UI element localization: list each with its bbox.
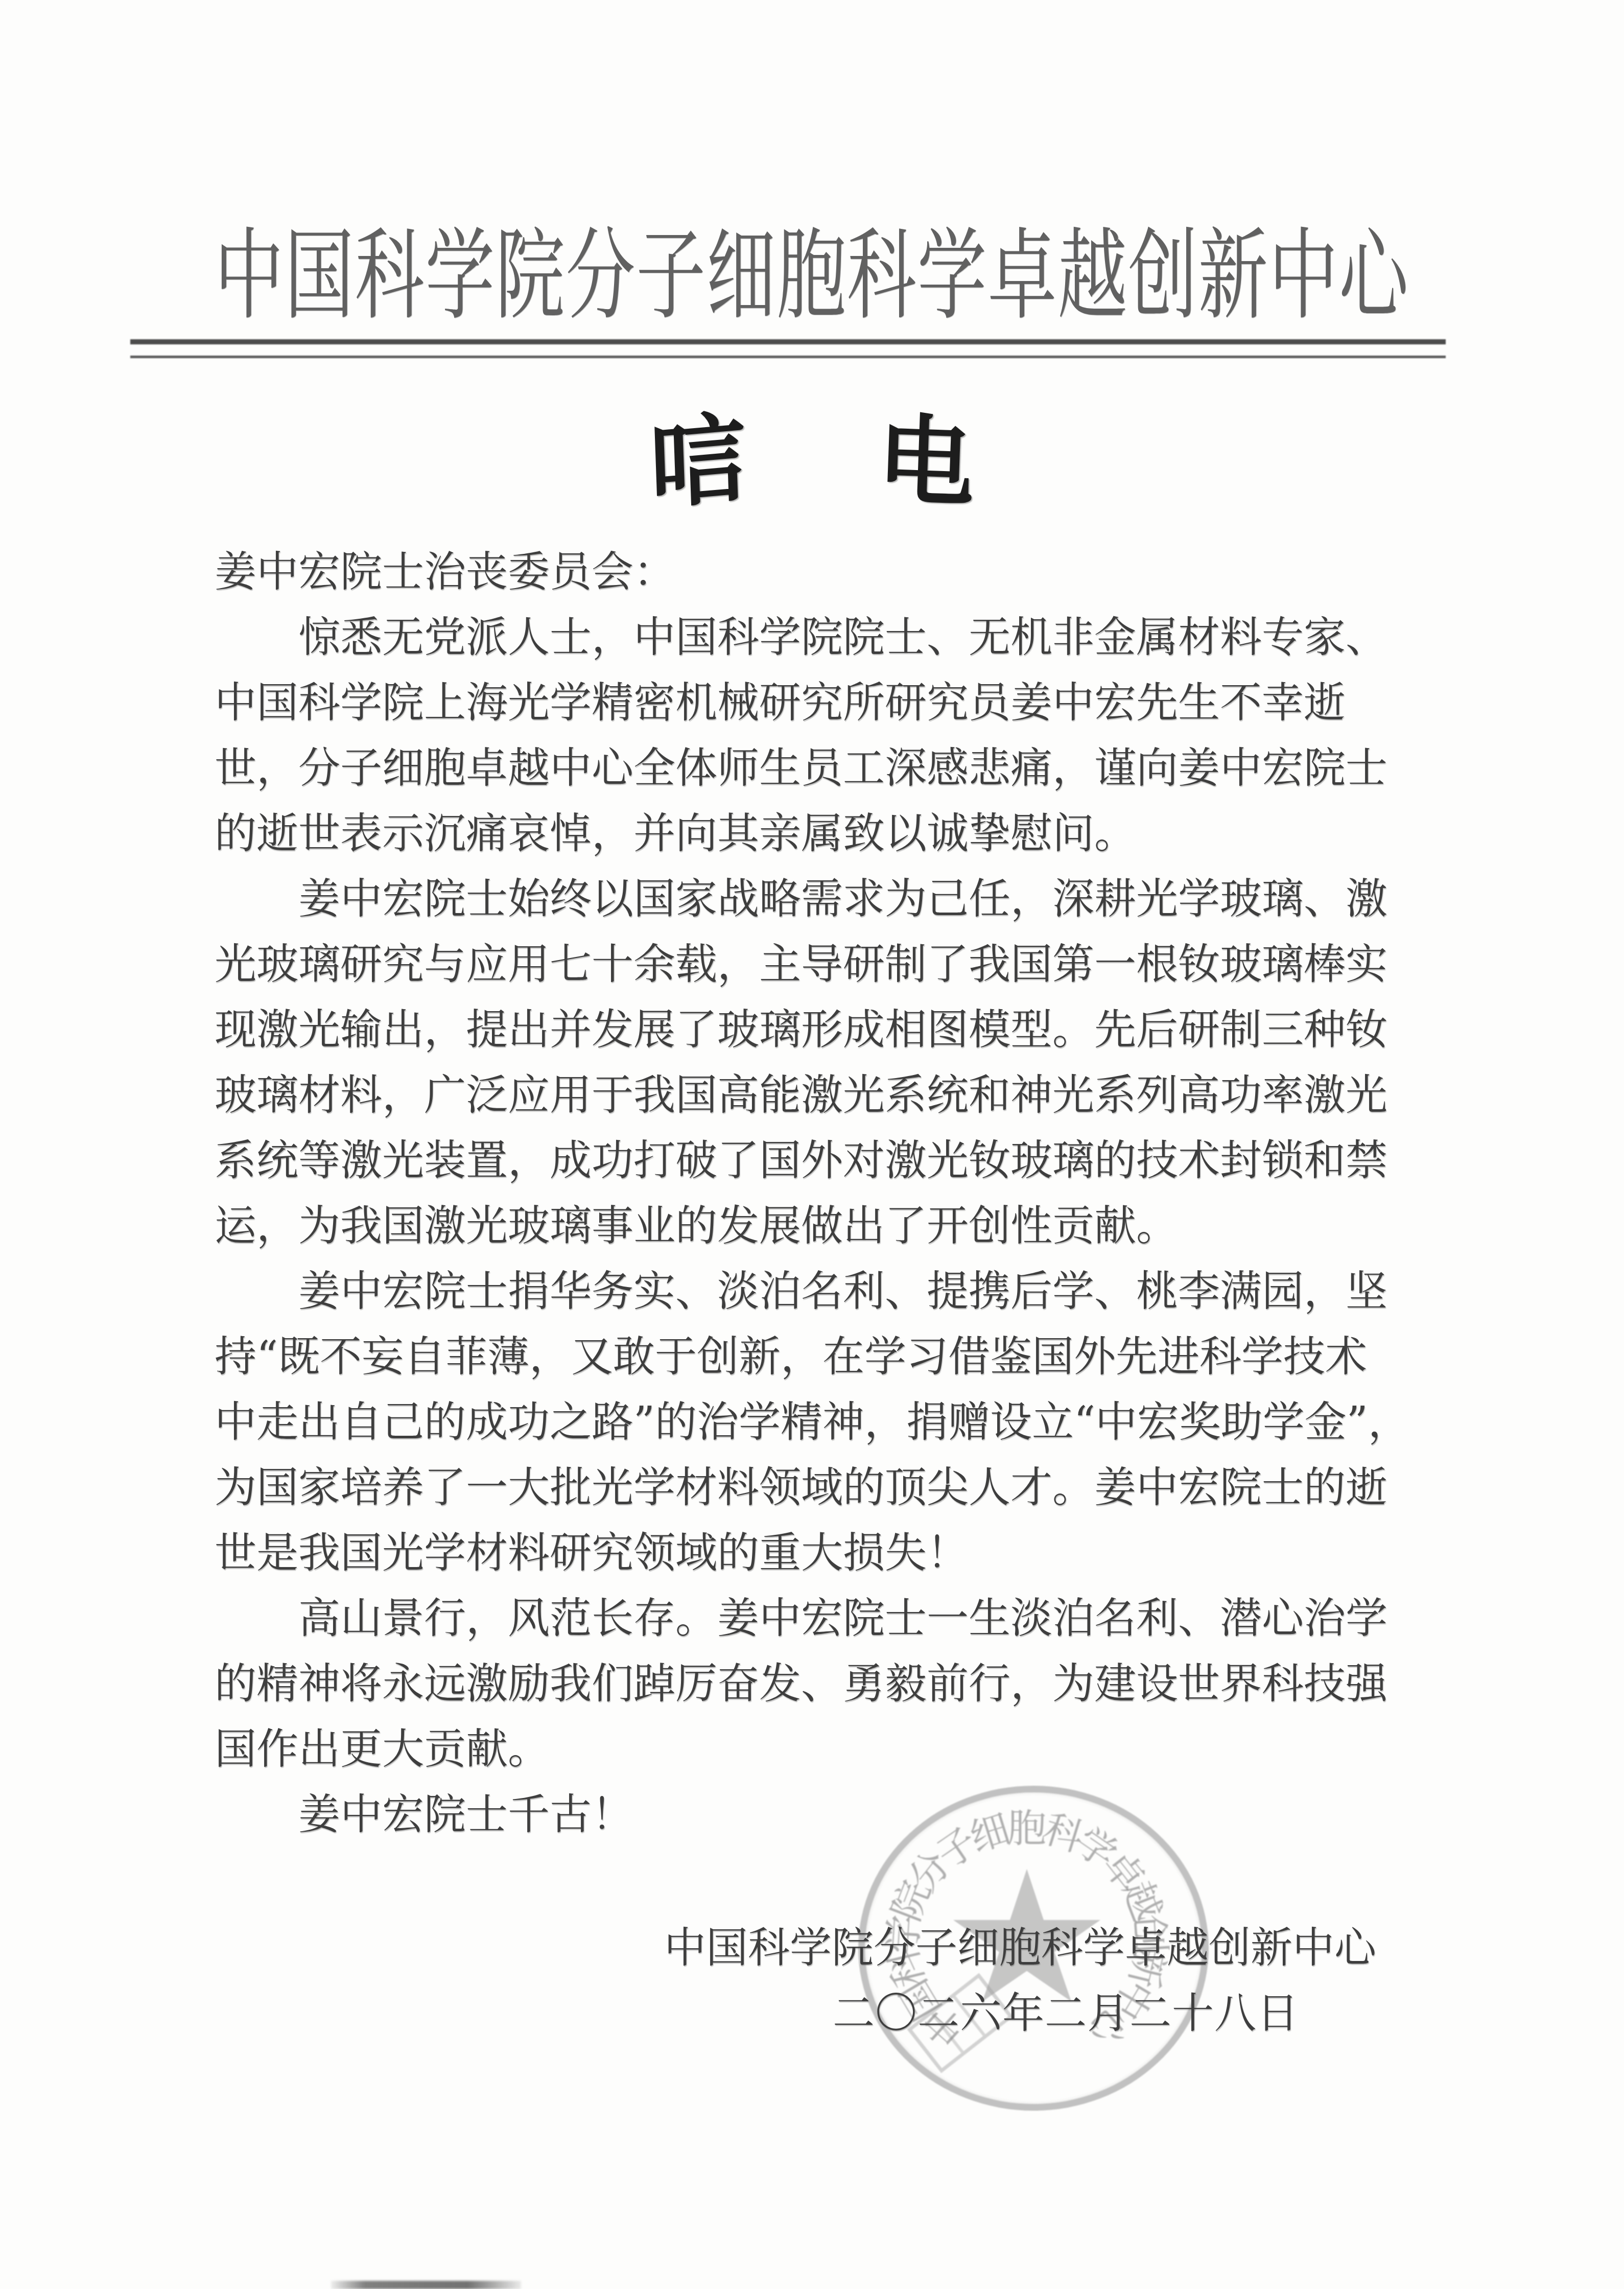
body-line: 系统等激光装置，成功打破了国外对激光钕玻璃的技术封锁和禁 (215, 1128, 1354, 1194)
letter-body: 姜中宏院士治丧委员会： 惊悉无党派人士，中国科学院院士、无机非金属材料专家、中国… (215, 540, 1354, 1848)
condolence-letter-page: 中国科学院分子细胞科学卓越创新中心 唁电 姜中宏院士治丧委员会： 惊悉无党派人士… (0, 0, 1624, 2289)
body-line: 运，为我国激光玻璃事业的发展做出了开创性贡献。 (215, 1194, 1354, 1259)
body-line: 持“既不妄自菲薄，又敢于创新，在学习借鉴国外先进科学技术 (215, 1324, 1354, 1390)
body-line: 高山景行，风范长存。姜中宏院士一生淡泊名利、潜心治学 (215, 1586, 1354, 1651)
body-line: 的精神将永远激励我们踔厉奋发、勇毅前行，为建设世界科技强 (215, 1651, 1354, 1717)
body-line: 现激光输出，提出并发展了玻璃形成相图模型。先后研制三种钕 (215, 997, 1354, 1063)
letterhead-divider-thin (130, 356, 1446, 358)
document-title-char: 电 (875, 383, 977, 525)
body-line: 玻璃材料，广泛应用于我国高能激光系统和神光系列高功率激光 (215, 1063, 1354, 1128)
body-line: 光玻璃研究与应用七十余载，主导研制了我国第一根钕玻璃棒实 (215, 932, 1354, 997)
body-line: 世，分子细胞卓越中心全体师生员工深感悲痛，谨向姜中宏院士 (215, 736, 1354, 801)
body-line: 姜中宏院士始终以国家战略需求为己任，深耕光学玻璃、激 (215, 867, 1354, 932)
body-line: 世是我国光学材料研究领域的重大损失！ (215, 1521, 1354, 1586)
body-line: 姜中宏院士捐华务实、淡泊名利、提携后学、桃李满园，坚 (215, 1259, 1354, 1324)
body-line: 中走出自己的成功之路”的治学精神，捐赠设立“中宏奖助学金”， (215, 1390, 1354, 1455)
body-line: 的逝世表示沉痛哀悼，并向其亲属致以诚挚慰问。 (215, 801, 1354, 867)
letter-paragraphs: 惊悉无党派人士，中国科学院院士、无机非金属材料专家、中国科学院上海光学精密机械研… (215, 605, 1354, 1782)
signature-org: 中国科学院分子细胞科学卓越创新中心 (664, 1916, 1376, 1981)
letterhead-divider-thick (130, 339, 1446, 344)
paragraph: 惊悉无党派人士，中国科学院院士、无机非金属材料专家、中国科学院上海光学精密机械研… (215, 605, 1354, 867)
body-line: 为国家培养了一大批光学材料领域的顶尖人才。姜中宏院士的逝 (215, 1455, 1354, 1521)
letterhead-text: 中国科学院分子细胞科学卓越创新中心 (215, 196, 1409, 338)
signature-date: 二〇二六年二月二十八日 (833, 1981, 1299, 2046)
document-title: 唁电 (0, 384, 1624, 524)
letterhead-title: 中国科学院分子细胞科学卓越创新中心 (0, 204, 1624, 330)
paragraph: 姜中宏院士始终以国家战略需求为己任，深耕光学玻璃、激光玻璃研究与应用七十余载，主… (215, 867, 1354, 1259)
salutation-line: 姜中宏院士治丧委员会： (215, 540, 1354, 605)
scan-artifact (331, 2281, 521, 2289)
document-title-char: 唁 (647, 380, 749, 528)
body-line: 惊悉无党派人士，中国科学院院士、无机非金属材料专家、 (215, 605, 1354, 670)
paragraph: 姜中宏院士捐华务实、淡泊名利、提携后学、桃李满园，坚持“既不妄自菲薄，又敢于创新… (215, 1259, 1354, 1586)
body-line: 中国科学院上海光学精密机械研究所研究员姜中宏先生不幸逝 (215, 670, 1354, 736)
